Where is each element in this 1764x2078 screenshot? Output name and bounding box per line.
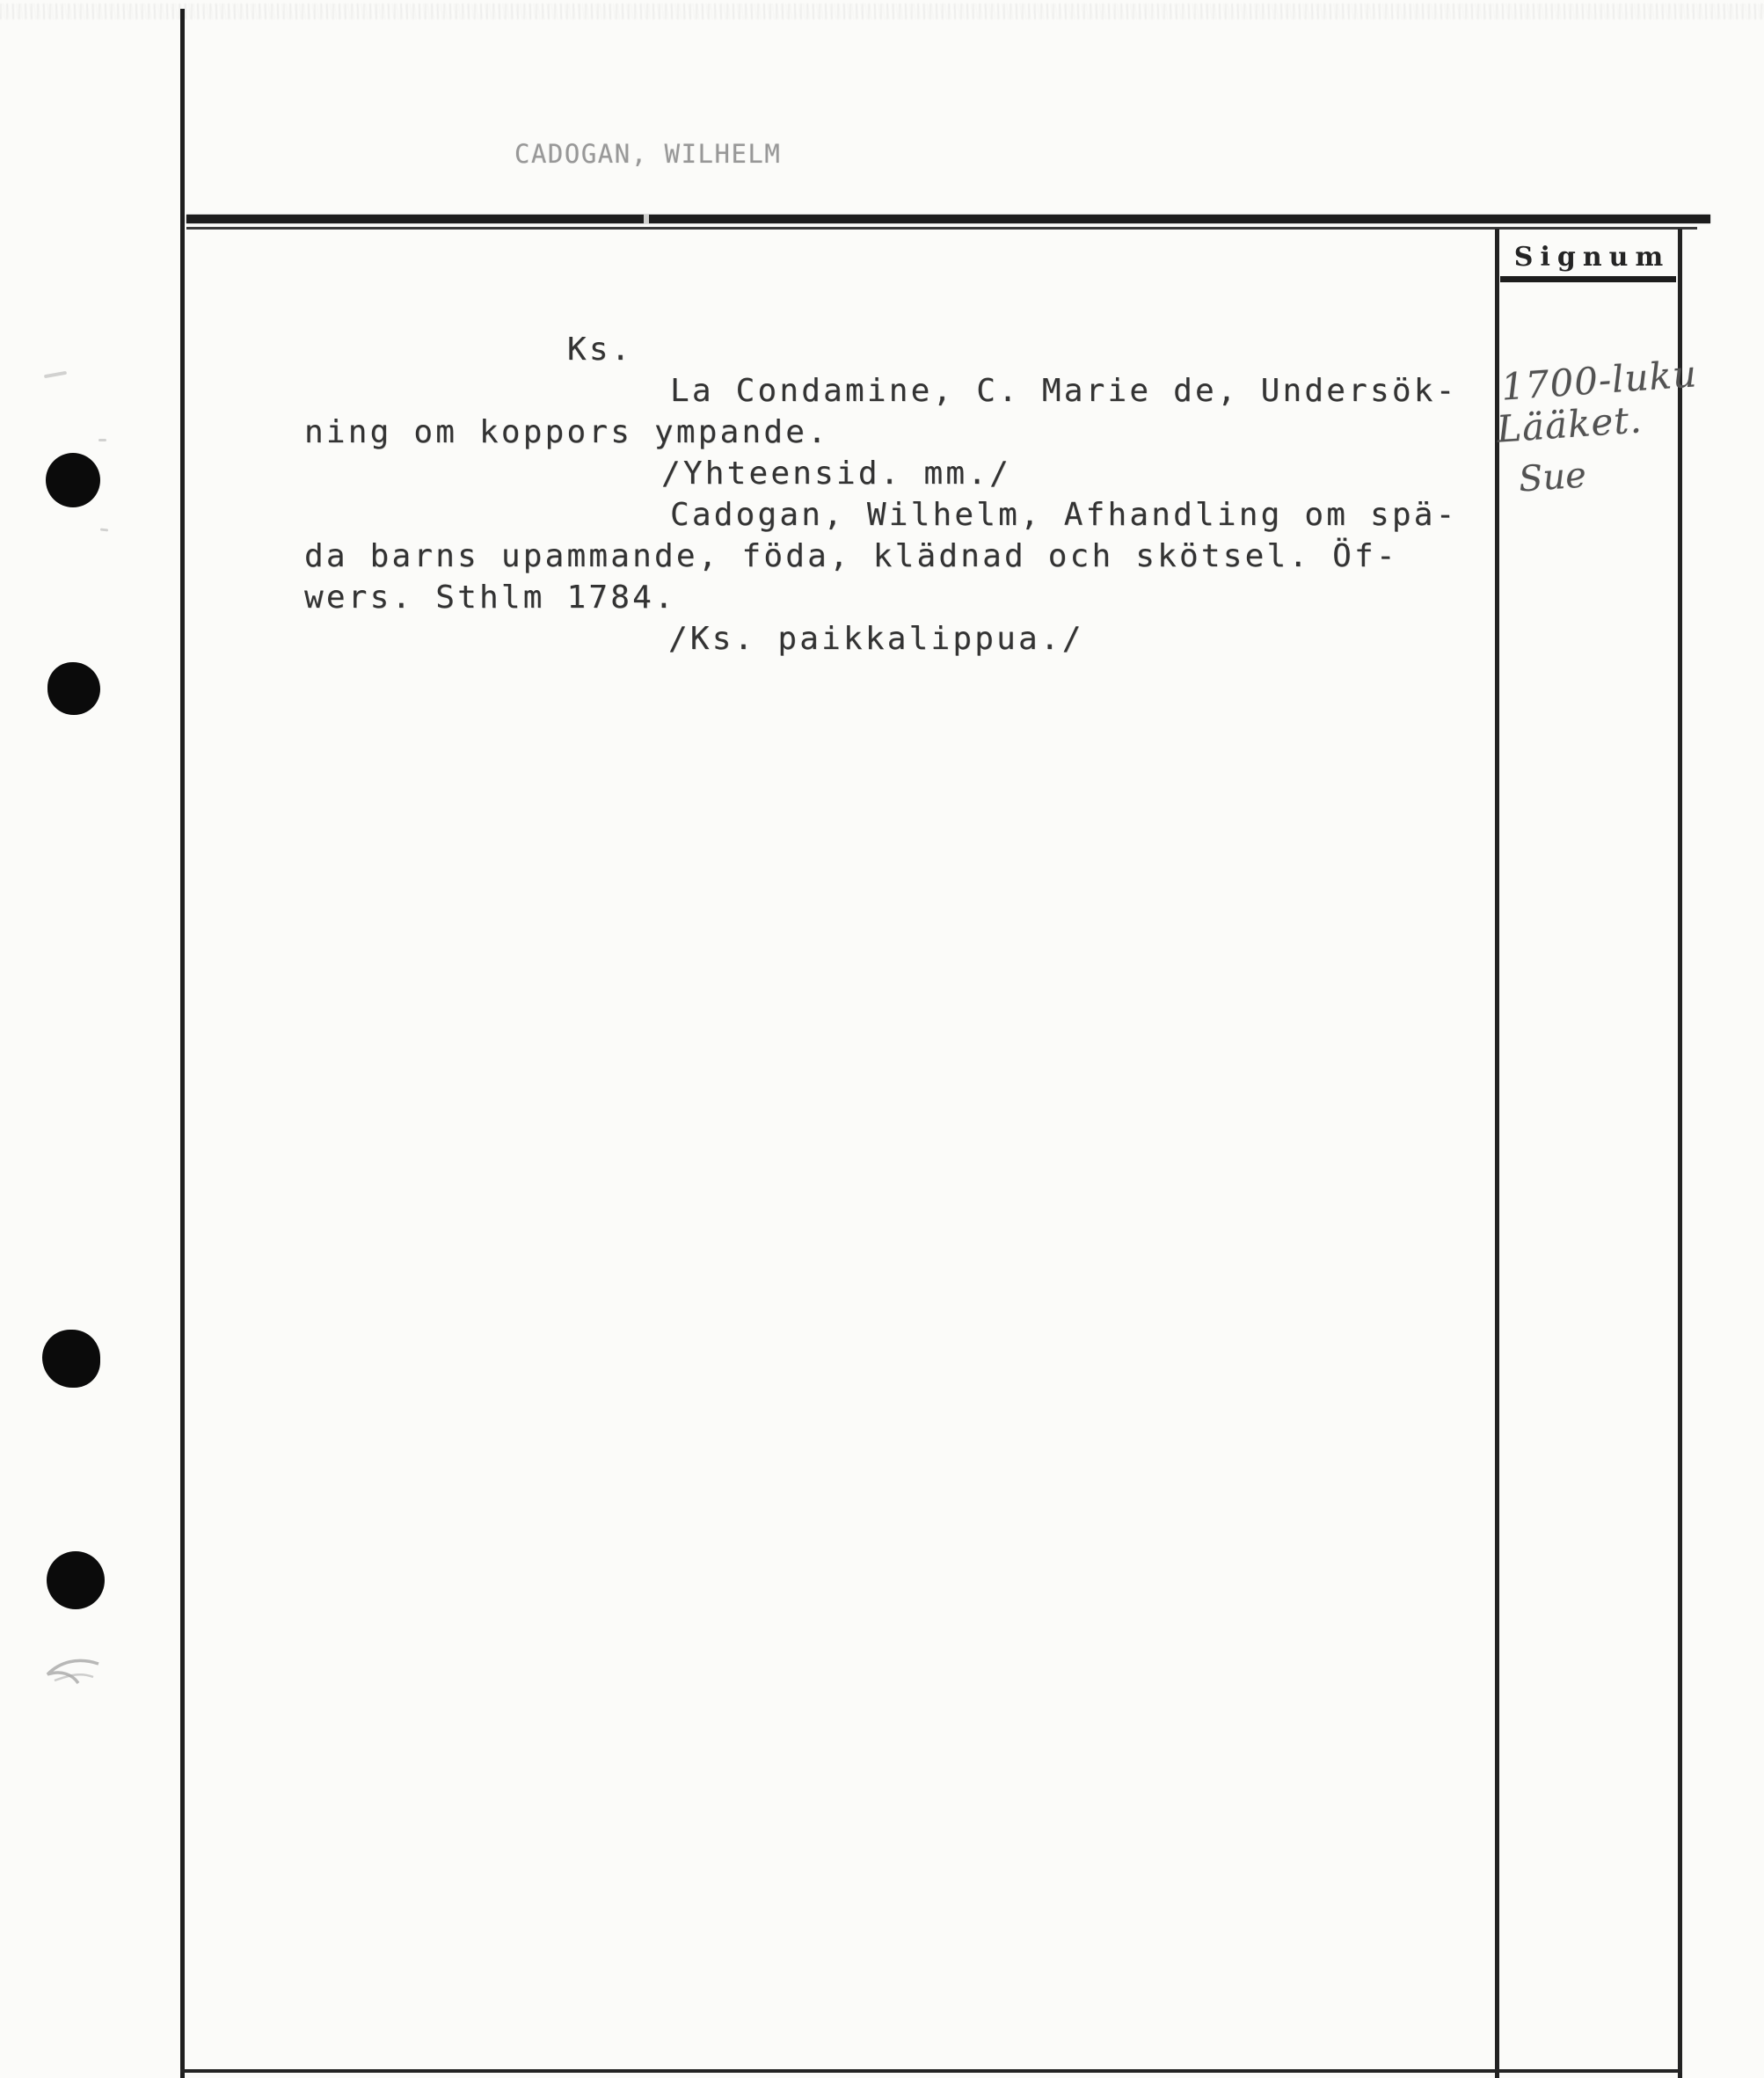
body-line: Cadogan, Wilhelm, Afhandling om spä- [670, 497, 1457, 533]
scan-noise-band [0, 4, 1764, 19]
catalog-card-page: CADOGAN, WILHELM Signum 1700-luku Lääket… [0, 0, 1764, 2078]
punch-hole [42, 1330, 100, 1388]
signum-entry-handwritten: Lääket. [1495, 397, 1644, 450]
body-line: da barns upammande, föda, klädnad och sk… [304, 538, 1398, 574]
punch-hole [46, 453, 100, 507]
signum-column-left-border [1495, 229, 1499, 2078]
punch-hole [47, 1551, 105, 1609]
card-bottom-edge [180, 2069, 1682, 2073]
body-line: /Ks. paikkalippua./ [668, 621, 1084, 657]
header-rule-thick [186, 215, 1710, 223]
signum-column-right-border [1678, 229, 1682, 2078]
header-rule-thin [186, 227, 1697, 230]
body-line: wers. Sthlm 1784. [304, 580, 676, 616]
pencil-mark [40, 1653, 111, 1697]
signum-header: Signum [1499, 237, 1678, 276]
body-line: /Yhteensid. mm./ [661, 456, 1011, 492]
card-heading: CADOGAN, WILHELM [514, 139, 781, 169]
signum-header-underline [1500, 276, 1676, 282]
dust-speck [98, 439, 106, 441]
dust-speck [100, 529, 108, 532]
signum-entry-handwritten: Sue [1517, 455, 1587, 499]
left-margin-rule [180, 9, 185, 2078]
body-line: La Condamine, C. Marie de, Undersök- [670, 373, 1457, 409]
dust-speck [44, 371, 67, 378]
punch-hole [47, 662, 100, 715]
body-line: Ks. [567, 332, 633, 368]
body-line: ning om koppors ympande. [304, 414, 829, 450]
